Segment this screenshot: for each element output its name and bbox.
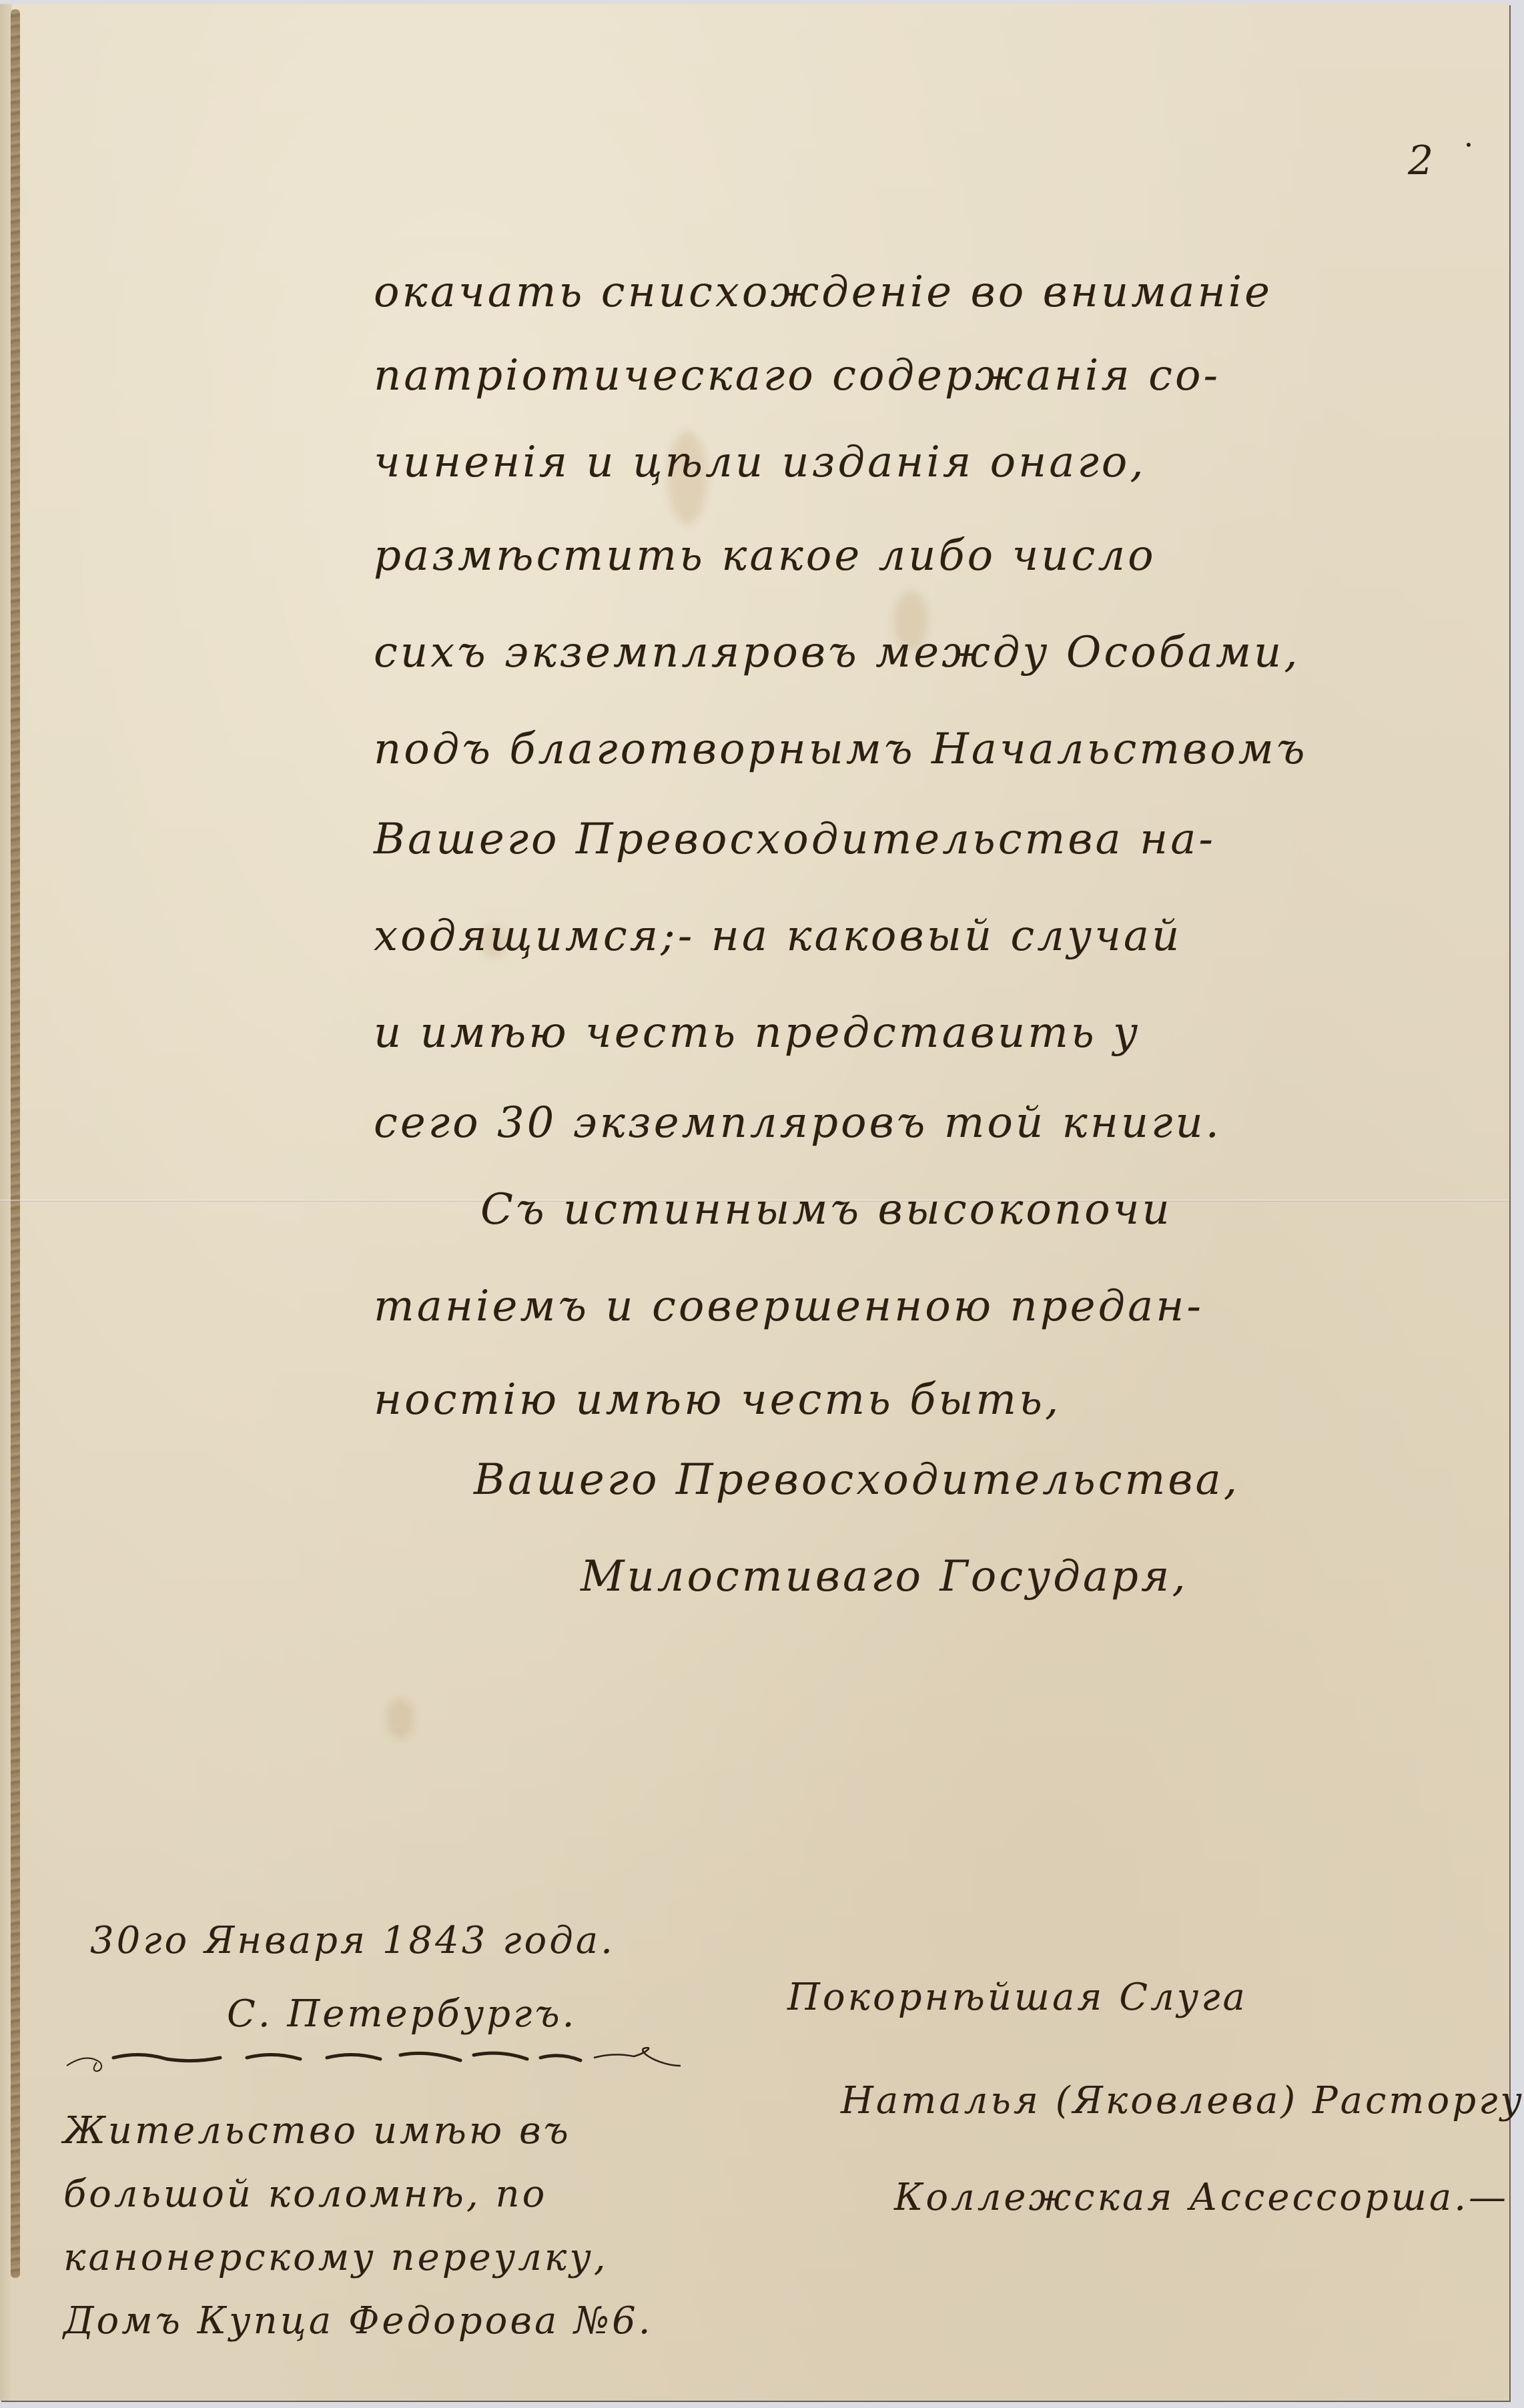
- address-line: канонерскому переулку,: [63, 2236, 609, 2279]
- body-line: сего 30 экземпляровъ той книги.: [374, 1098, 1222, 1148]
- page-number-dot: [1467, 143, 1471, 147]
- signature-name: Наталья (Яковлева) Расторгуева: [841, 2079, 1524, 2122]
- body-line: ходящимся;- на каковый случай: [374, 911, 1182, 961]
- salutation-line: Милостиваго Государя,: [581, 1552, 1188, 1601]
- closing-line: таніемъ и совершенною предан-: [374, 1282, 1204, 1331]
- address-line: большой коломнѣ, по: [63, 2172, 547, 2216]
- page-number: 2: [1408, 137, 1433, 184]
- address-line: Жительство имѣю въ: [63, 2109, 571, 2152]
- body-line: Вашего Превосходительства на-: [374, 815, 1216, 864]
- body-line: чиненія и цѣли изданія онаго,: [374, 438, 1146, 487]
- decorative-flourish-divider: [60, 2046, 687, 2072]
- body-line: размѣстить какое либо число: [374, 531, 1156, 580]
- signature-rank: Коллежская Ассессорша.—: [894, 2176, 1509, 2219]
- letter-date: 30го Января 1843 года.: [90, 1919, 615, 1962]
- paper-stain: [387, 1699, 414, 1739]
- letter-place: С. Петербургъ.: [227, 1992, 577, 2036]
- salutation-line: Вашего Превосходительства,: [474, 1455, 1240, 1505]
- signature-line: Покорнѣйшая Слуга: [787, 1976, 1248, 2019]
- body-line: окачать снисхожденіе во вниманіе: [374, 268, 1272, 317]
- body-line: и имѣю честь представить у: [374, 1008, 1140, 1058]
- body-line: сихъ экземпляровъ между Особами,: [374, 628, 1300, 677]
- binding-thread: [11, 9, 20, 2278]
- body-line: подъ благотворнымъ Начальствомъ: [374, 725, 1308, 774]
- body-line: патріотическаго содержанія со-: [374, 351, 1220, 400]
- address-line: Домъ Купца Федорова №6.: [63, 2299, 653, 2343]
- closing-line: ностію имѣю честь быть,: [374, 1375, 1061, 1425]
- manuscript-page: 2 окачать снисхожденіе во вниманіе патрі…: [0, 4, 1509, 2401]
- closing-line: Съ истиннымъ высокопочи: [480, 1185, 1172, 1234]
